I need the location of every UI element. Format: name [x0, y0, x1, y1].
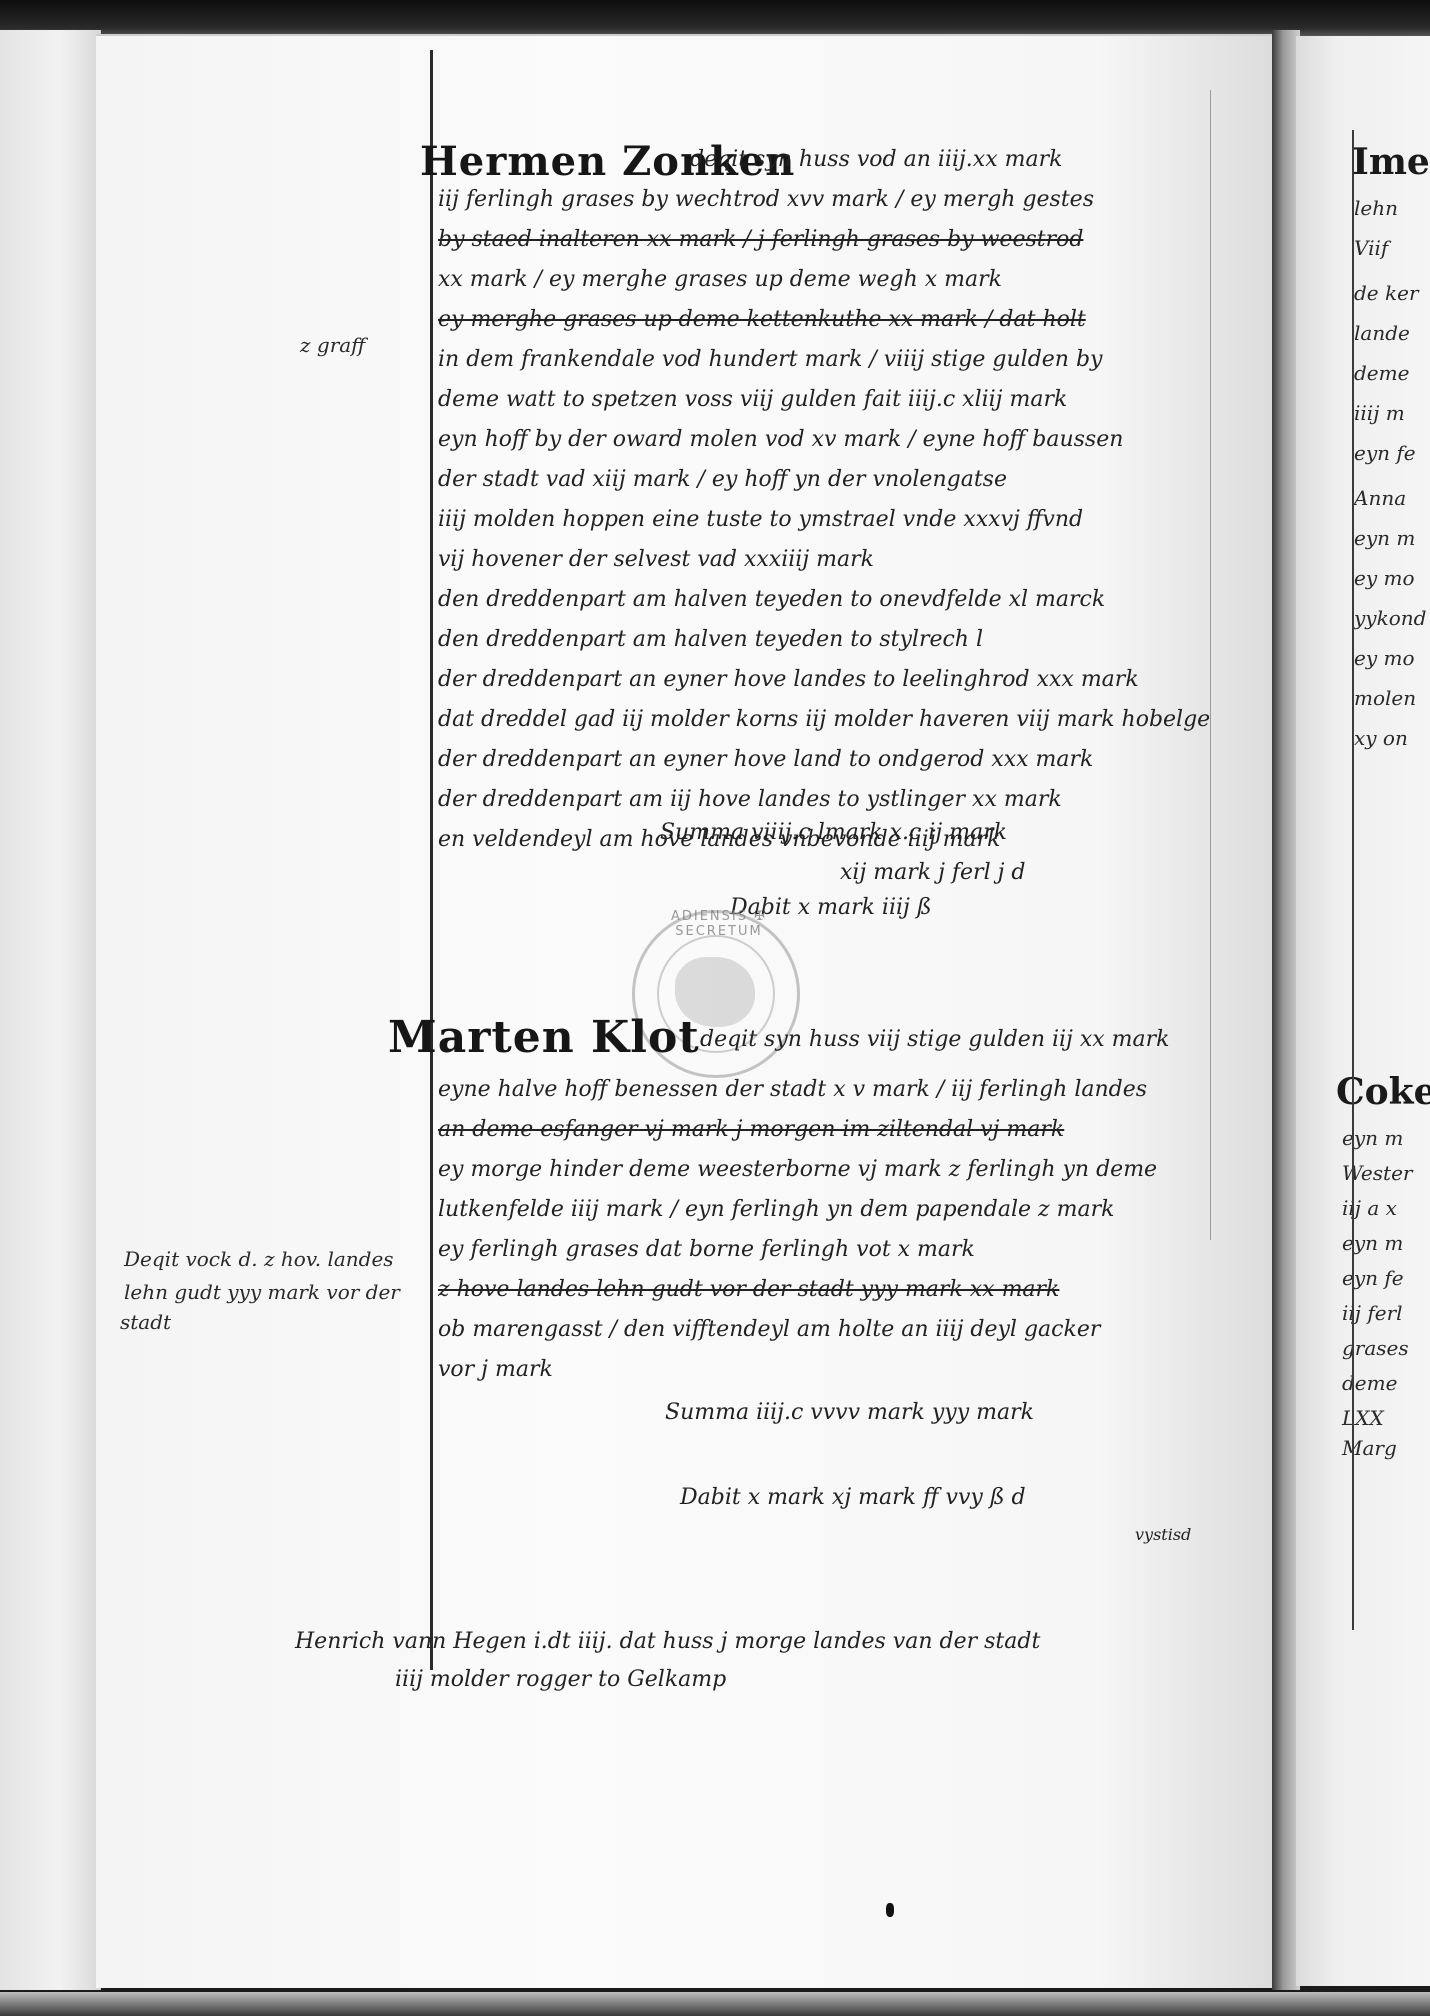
previous-leaf-edge: [0, 30, 101, 1990]
right-page-margin-rule: [1352, 130, 1354, 1630]
summa-line: Summa iiij.c vvvv mark yyy mark: [665, 1400, 1034, 1425]
margin-note-line: Deqit vock d. z hov. landes: [124, 1242, 394, 1276]
entry-line: der dreddenpart an eyner hove landes to …: [438, 660, 1238, 700]
right-page-line: molen: [1354, 686, 1416, 710]
entry-first-line-continuation: deqit syn huss viij stige gulden iij xx …: [700, 1020, 1170, 1060]
entry-line: der stadt vad xiij mark / ey hoff yn der…: [438, 460, 1238, 500]
entry-line: vor j mark: [438, 1350, 1238, 1390]
ink-blot-mark: [886, 1903, 894, 1917]
entry-marten-klot: Marten Klot: [388, 1012, 700, 1063]
manuscript-page-right: Ime... lehn Viif de ker lande deme iiij …: [1296, 36, 1430, 1986]
entry-line: ob marengasst / den vifftendeyl am holte…: [438, 1310, 1238, 1350]
right-page-line: iij a x: [1342, 1196, 1397, 1220]
margin-note-line: stadt: [120, 1305, 171, 1339]
footer-note-line: iiij molder rogger to Gelkamp: [395, 1660, 726, 1700]
entry-line-struck: ey merghe grases up deme kettenkuthe xx …: [438, 300, 1238, 340]
entry-line: der dreddenpart am iij hove landes to ys…: [438, 780, 1238, 820]
right-page-line: de ker: [1354, 281, 1419, 305]
entry-line: iij ferlingh grases by wechtrod xvv mark…: [438, 180, 1238, 220]
right-page-heading-1: Ime...: [1352, 141, 1430, 183]
entry-line: den dreddenpart am halven teyeden to sty…: [438, 620, 1238, 660]
entry-line: vij hovener der selvest vad xxxiiij mark: [438, 540, 1238, 580]
entry-line: ey ferlingh grases dat borne ferlingh vo…: [438, 1230, 1238, 1270]
right-page-line: eyn fe: [1354, 441, 1416, 465]
right-page-line: Viif: [1354, 236, 1388, 260]
entry-hermen-zonken-body: iij ferlingh grases by wechtrod xvv mark…: [438, 180, 1238, 860]
entry-line: lutkenfelde iiij mark / eyn ferlingh yn …: [438, 1190, 1238, 1230]
margin-note-graff: z graff: [300, 328, 365, 362]
right-page-line: lande: [1354, 321, 1410, 345]
right-page-line: iiij m: [1354, 401, 1405, 425]
entry-line: xx mark / ey merghe grases up deme wegh …: [438, 260, 1238, 300]
entry-first-line-continuation: deqit syn huss vod an iiij.xx mark: [690, 140, 1062, 180]
right-page-line: xy on: [1354, 726, 1408, 750]
entry-line: eyn hoff by der oward molen vod xv mark …: [438, 420, 1238, 460]
right-page-line: ey mo: [1354, 566, 1415, 590]
entry-line-struck: an deme esfanger vj mark j morgen im zil…: [438, 1110, 1238, 1150]
margin-rule-line: [430, 50, 433, 1670]
entry-line: eyne halve hoff benessen der stadt x v m…: [438, 1070, 1238, 1110]
entry-line: der dreddenpart an eyner hove land to on…: [438, 740, 1238, 780]
entry-line-struck: by staed inalteren xx mark / j ferlingh …: [438, 220, 1238, 260]
entry-line: iiij molden hoppen eine tuste to ymstrae…: [438, 500, 1238, 540]
right-page-heading-2: Coke...: [1336, 1071, 1430, 1113]
entry-line: deme watt to spetzen voss viij gulden fa…: [438, 380, 1238, 420]
signature-mark: vystisd: [1135, 1525, 1191, 1544]
right-page-line: yykond: [1354, 606, 1426, 630]
summa-line: xij mark j ferl j d: [840, 860, 1026, 885]
entry-line: dat dreddel gad iij molder korns iij mol…: [438, 700, 1238, 740]
summa-line: Summa viiij.c lmark x.c ij mark: [660, 820, 1007, 845]
entry-line: in dem frankendale vod hundert mark / vi…: [438, 340, 1238, 380]
entry-line: den dreddenpart am halven teyeden to one…: [438, 580, 1238, 620]
entry-marten-klot-body: eyne halve hoff benessen der stadt x v m…: [438, 1070, 1238, 1390]
footer-note-line: Henrich vann Hegen i.dt iiij. dat huss j…: [295, 1622, 1040, 1662]
right-page-line: eyn m: [1354, 526, 1415, 550]
right-page-line: ey mo: [1354, 646, 1415, 670]
right-page-line: deme: [1342, 1371, 1397, 1395]
scan-bottom-edge: [0, 1992, 1430, 2016]
right-page-line: LXX: [1342, 1406, 1384, 1430]
entry-line-struck: z hove landes lehn gudt vor der stadt yy…: [438, 1270, 1238, 1310]
right-page-line: lehn: [1354, 196, 1398, 220]
entry-heading: Marten Klot: [388, 1012, 700, 1063]
dabit-line: Dabit x mark xj mark ff vvy ß d: [680, 1485, 1026, 1510]
margin-note-line: lehn gudt yyy mark vor der: [124, 1275, 400, 1309]
right-page-line: Marg: [1342, 1436, 1397, 1460]
entry-line: ey morge hinder deme weesterborne vj mar…: [438, 1150, 1238, 1190]
right-page-line: deme: [1354, 361, 1409, 385]
right-page-line: Anna: [1354, 486, 1406, 510]
